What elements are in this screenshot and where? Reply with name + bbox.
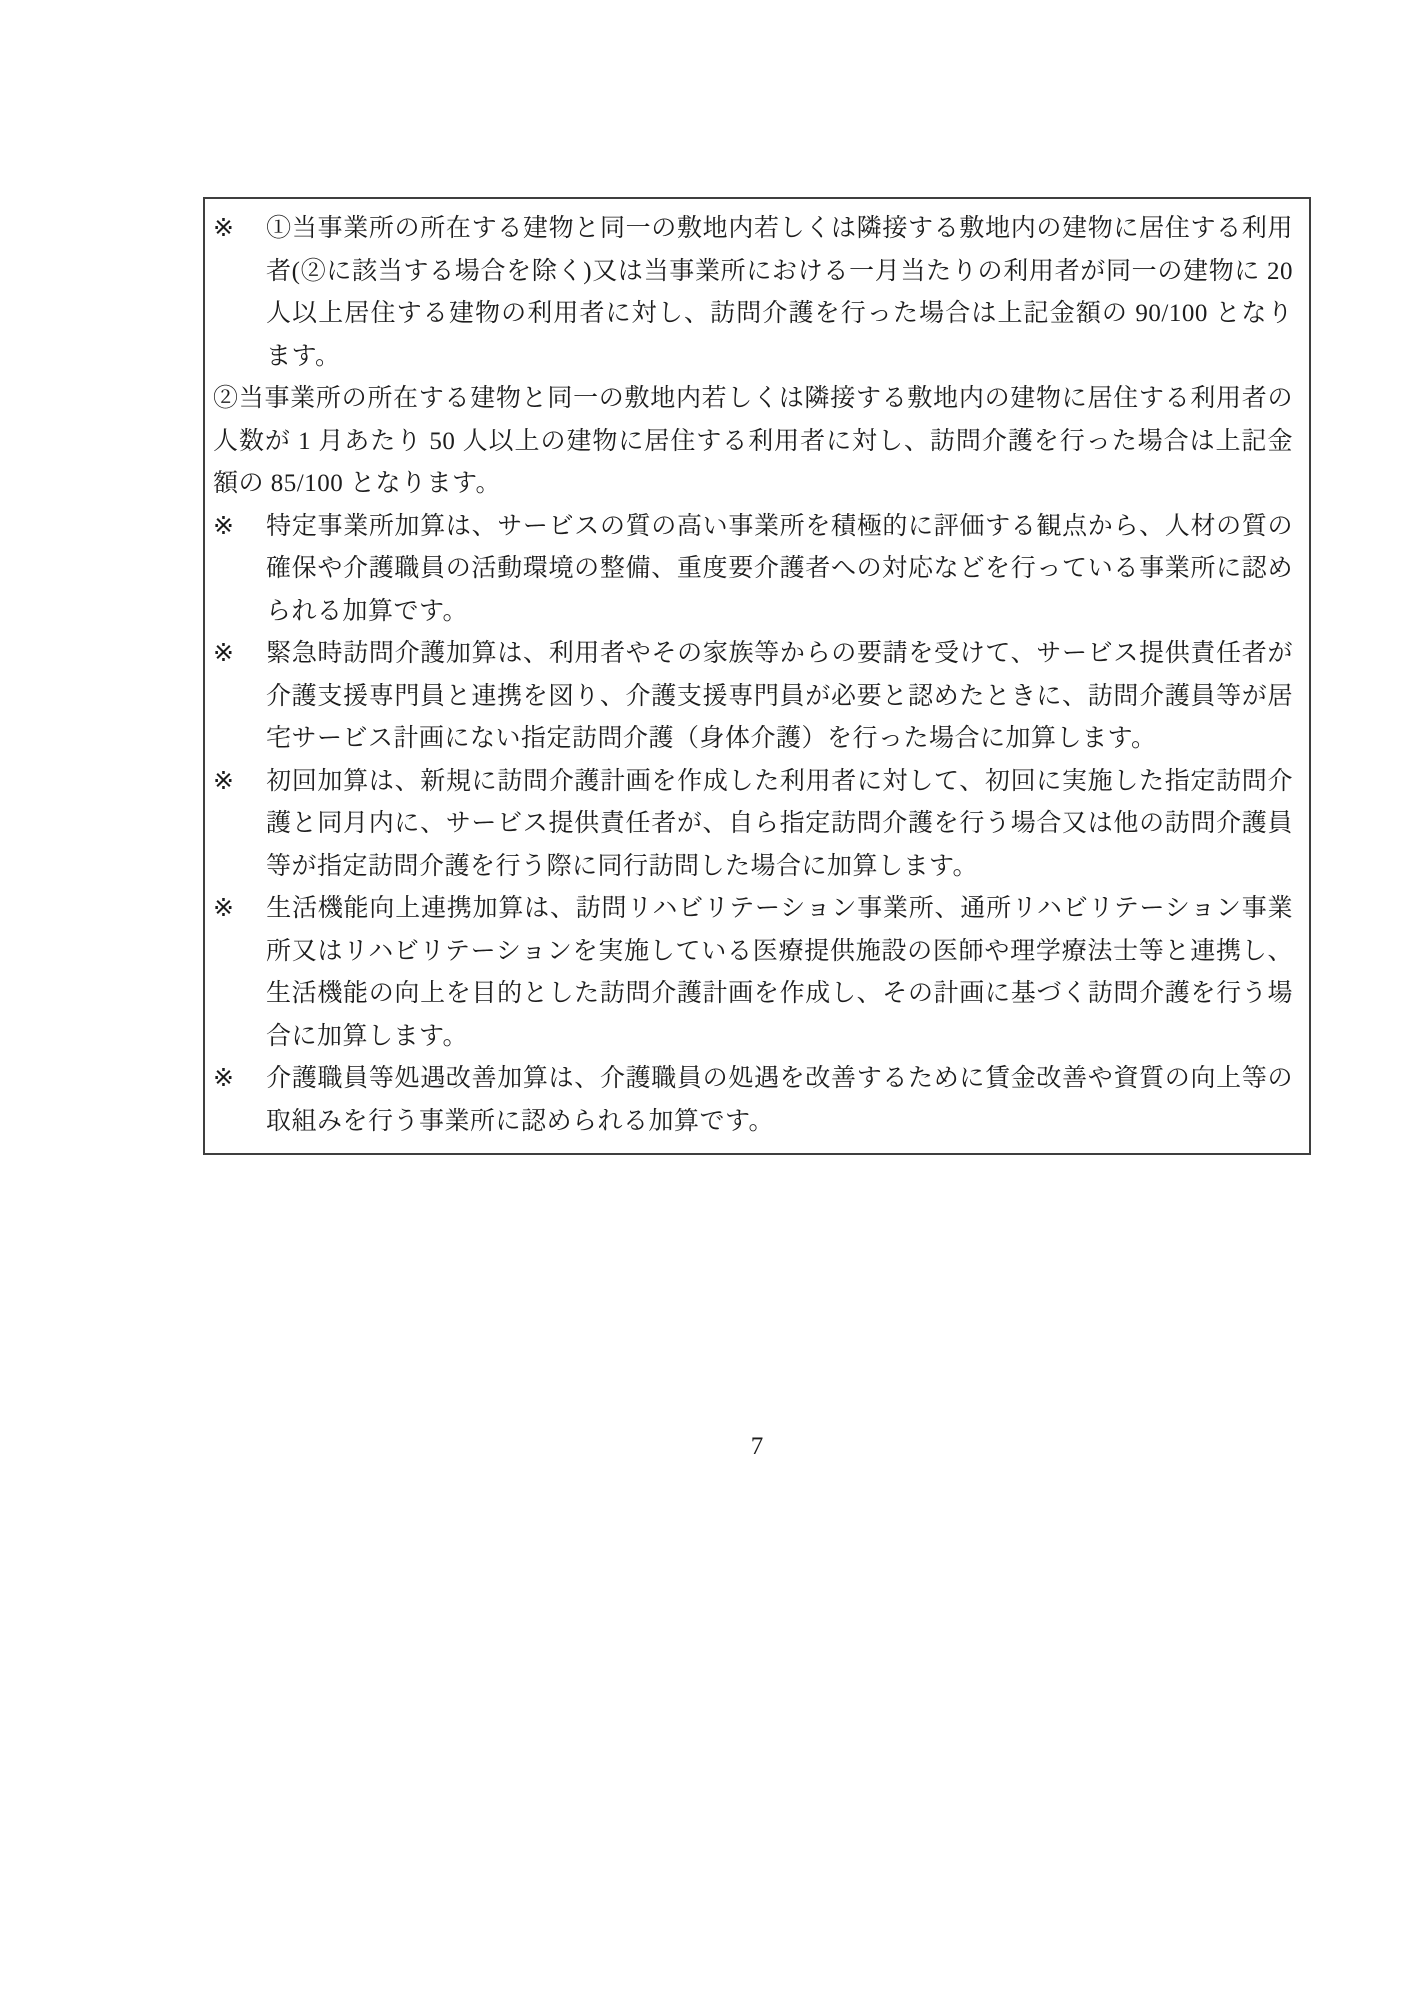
note-text: ①当事業所の所在する建物と同一の敷地内若しくは隣接する敷地内の建物に居住する利用… bbox=[266, 215, 1293, 370]
note-text: 特定事業所加算は、サービスの質の高い事業所を積極的に評価する観点から、人材の質の… bbox=[266, 513, 1293, 625]
reference-mark: ※ bbox=[213, 633, 266, 676]
note-text: 介護職員等処遇改善加算は、介護職員の処遇を改善するために賃金改善や資質の向上等の… bbox=[266, 1065, 1293, 1135]
reference-mark: ※ bbox=[213, 506, 266, 549]
page-number: 7 bbox=[203, 1432, 1311, 1462]
note-paragraph: ※介護職員等処遇改善加算は、介護職員の処遇を改善するために賃金改善や資質の向上等… bbox=[213, 1058, 1293, 1143]
reference-mark: ※ bbox=[213, 888, 266, 931]
note-text: ②当事業所の所在する建物と同一の敷地内若しくは隣接する敷地内の建物に居住する利用… bbox=[213, 385, 1293, 497]
note-text: 緊急時訪問介護加算は、利用者やその家族等からの要請を受けて、サービス提供責任者が… bbox=[266, 640, 1293, 752]
note-text: 生活機能向上連携加算は、訪問リハビリテーション事業所、通所リハビリテーション事業… bbox=[266, 895, 1293, 1050]
note-paragraph: ※緊急時訪問介護加算は、利用者やその家族等からの要請を受けて、サービス提供責任者… bbox=[213, 633, 1293, 761]
note-paragraph: ②当事業所の所在する建物と同一の敷地内若しくは隣接する敷地内の建物に居住する利用… bbox=[213, 378, 1293, 506]
note-paragraph: ※特定事業所加算は、サービスの質の高い事業所を積極的に評価する観点から、人材の質… bbox=[213, 506, 1293, 634]
reference-mark: ※ bbox=[213, 208, 266, 251]
notes-box: ※①当事業所の所在する建物と同一の敷地内若しくは隣接する敷地内の建物に居住する利… bbox=[203, 197, 1311, 1155]
note-text: 初回加算は、新規に訪問介護計画を作成した利用者に対して、初回に実施した指定訪問介… bbox=[266, 768, 1293, 880]
document-page: ※①当事業所の所在する建物と同一の敷地内若しくは隣接する敷地内の建物に居住する利… bbox=[0, 0, 1413, 2000]
reference-mark: ※ bbox=[213, 761, 266, 804]
note-paragraph: ※①当事業所の所在する建物と同一の敷地内若しくは隣接する敷地内の建物に居住する利… bbox=[213, 208, 1293, 378]
note-paragraph: ※生活機能向上連携加算は、訪問リハビリテーション事業所、通所リハビリテーション事… bbox=[213, 888, 1293, 1058]
note-paragraph: ※初回加算は、新規に訪問介護計画を作成した利用者に対して、初回に実施した指定訪問… bbox=[213, 761, 1293, 889]
reference-mark: ※ bbox=[213, 1058, 266, 1101]
